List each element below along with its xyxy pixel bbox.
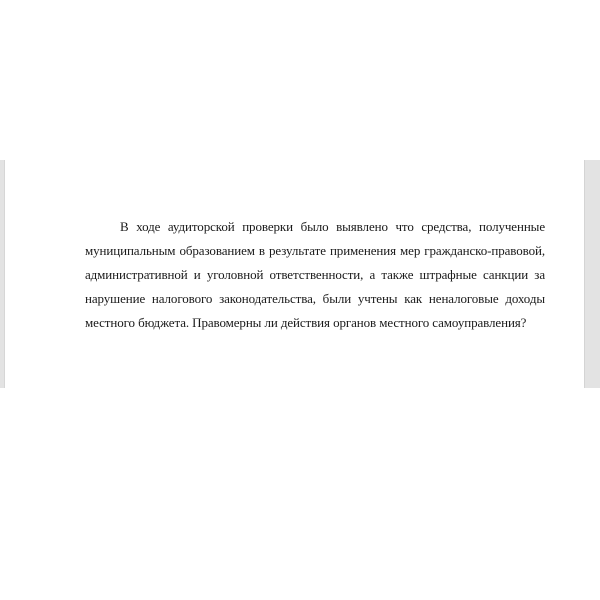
screenshot-canvas: В ходе аудиторской проверки было выявлен… <box>0 0 600 600</box>
right-page-gutter <box>584 160 600 388</box>
document-paragraph: В ходе аудиторской проверки было выявлен… <box>85 215 545 335</box>
document-page: В ходе аудиторской проверки было выявлен… <box>5 160 584 388</box>
